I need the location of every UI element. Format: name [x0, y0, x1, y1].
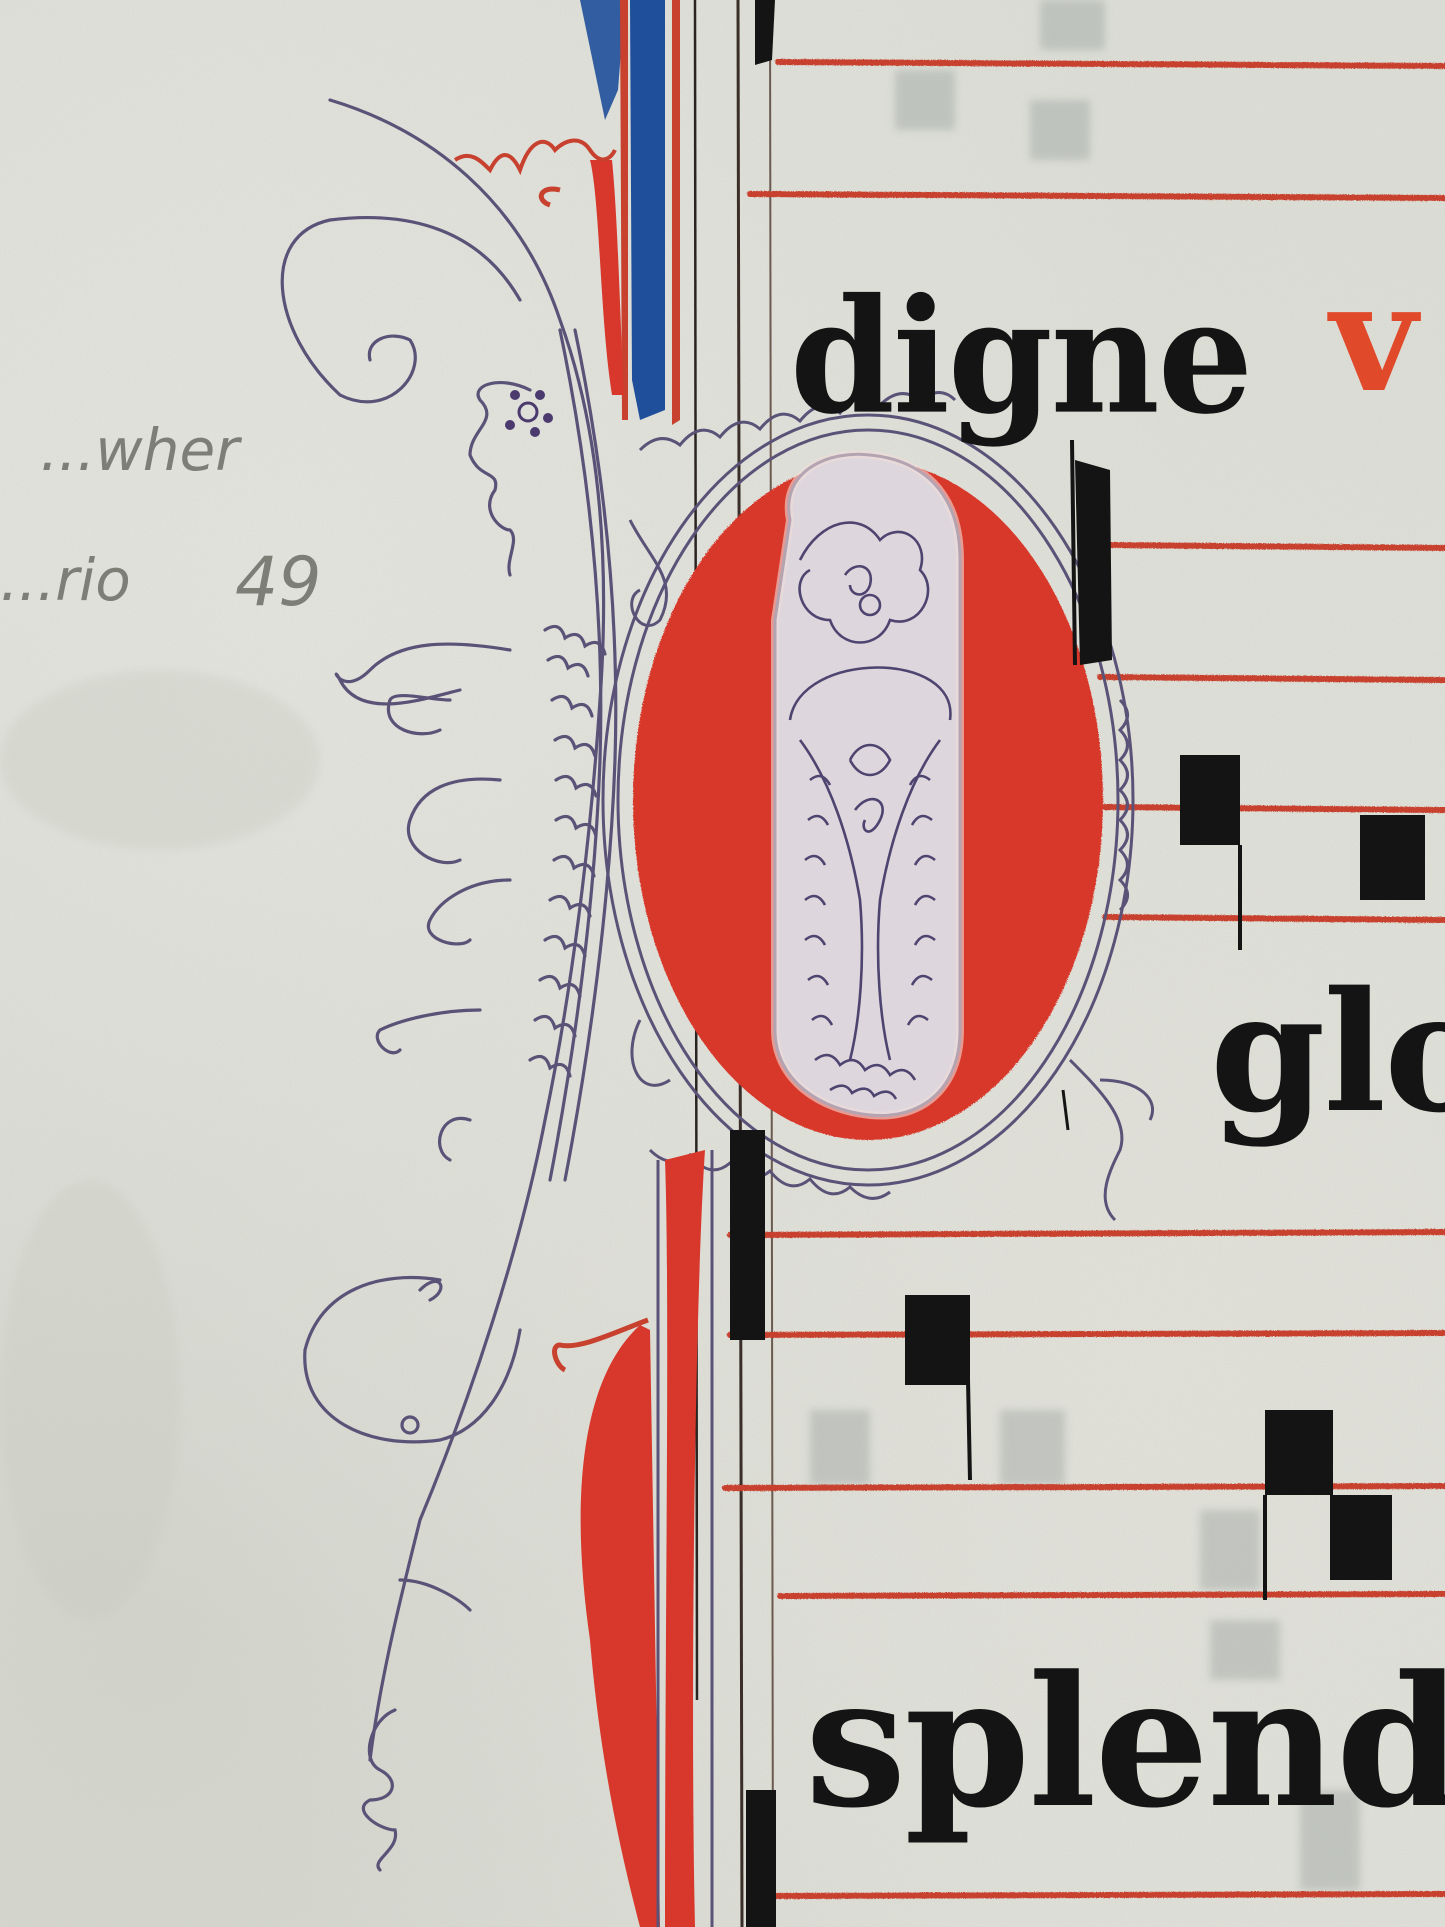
lyric-glo: glo	[1210, 955, 1445, 1149]
manuscript-page: O	[0, 0, 1445, 1927]
pencil-folio-number: 49	[235, 543, 322, 622]
lyric-rubric-v: v	[1327, 250, 1421, 426]
lyric-digne: digne	[790, 265, 1251, 449]
pencil-note-line2: ...rio	[0, 546, 131, 614]
pencil-note-line1: ...wher	[40, 416, 242, 484]
lyric-splendu: splendu	[805, 1637, 1445, 1848]
manuscript-illustration: digne v glo splendu ...wher ...rio 49	[0, 0, 1445, 1927]
